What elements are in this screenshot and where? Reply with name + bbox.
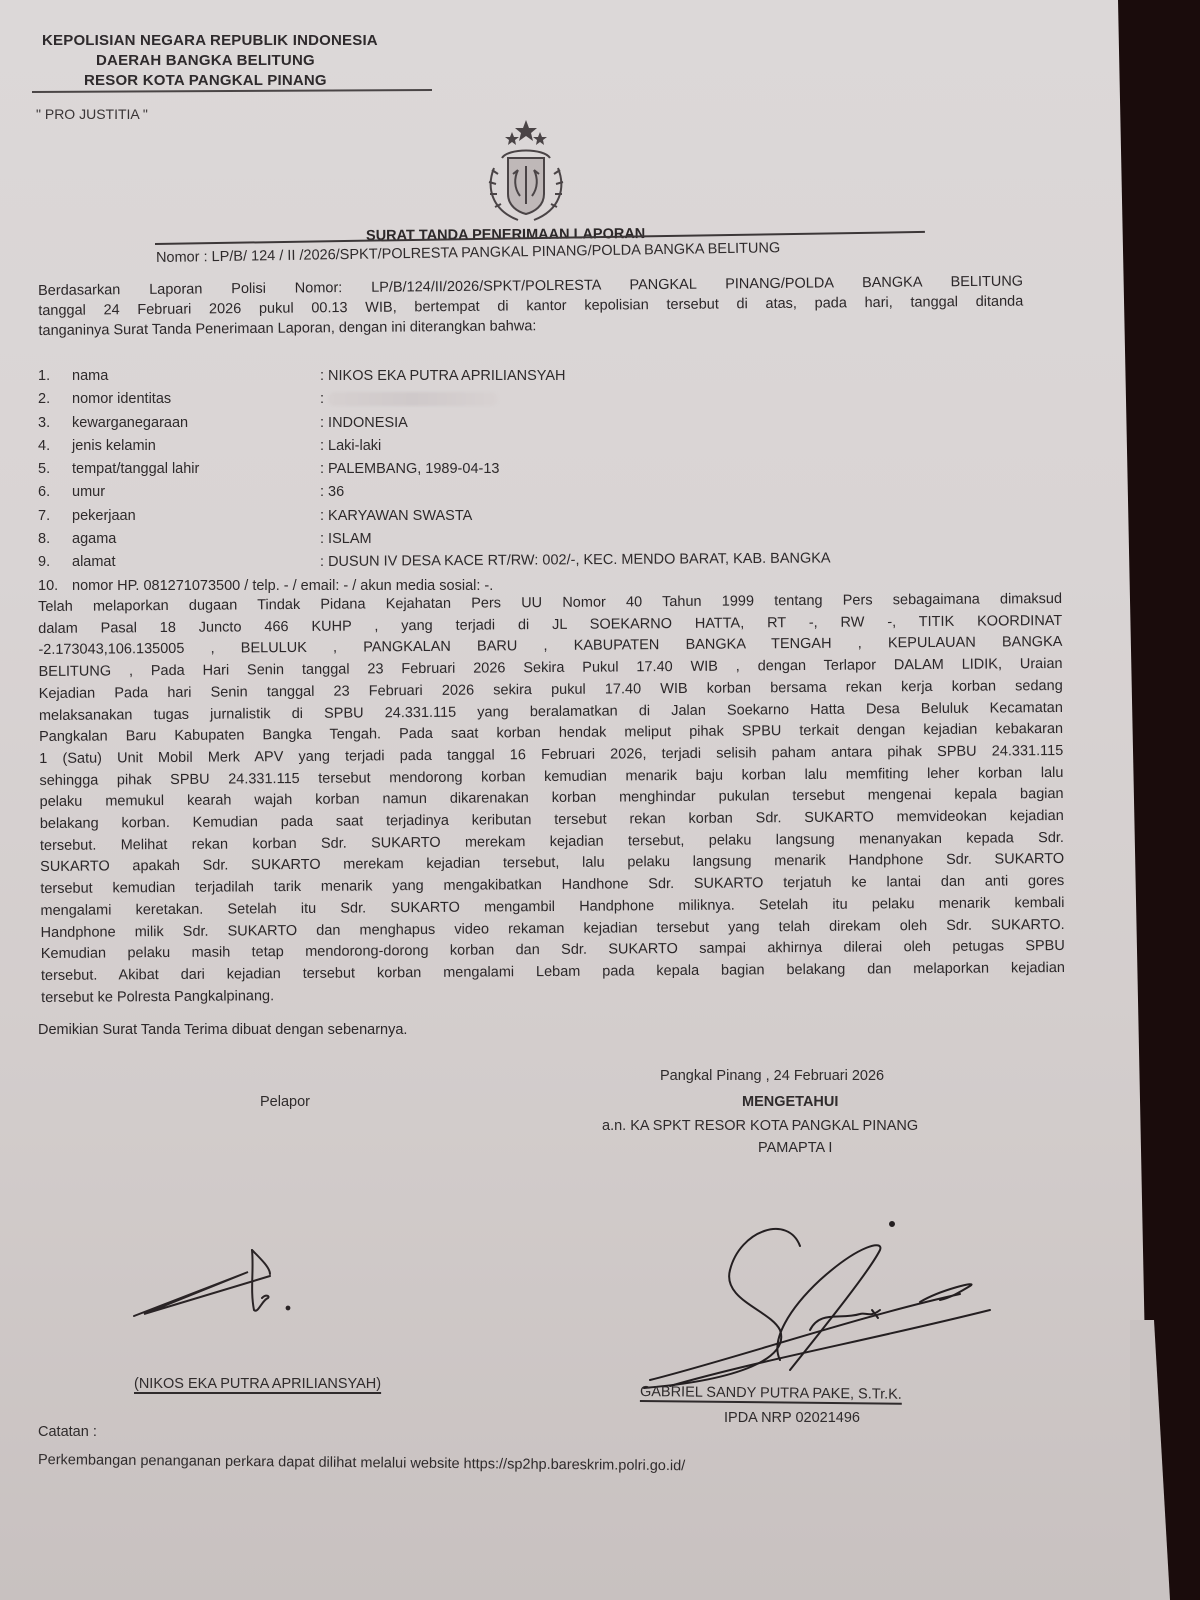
officer-name: GABRIEL SANDY PUTRA PAKE, S.Tr.K.	[640, 1384, 902, 1403]
field-label: nomor identitas	[72, 391, 171, 407]
header-institution: KEPOLISIAN NEGARA REPUBLIK INDONESIA	[42, 32, 378, 49]
reporter-signature-icon	[120, 1240, 310, 1330]
officer-rank-nrp: IPDA NRP 02021496	[724, 1410, 860, 1426]
paper-edge	[1130, 1320, 1170, 1600]
field-number: 6.	[38, 484, 66, 500]
officer-signature-icon	[610, 1210, 1010, 1390]
field-value: : DUSUN IV DESA KACE RT/RW: 002/-, KEC. …	[320, 551, 831, 571]
field-value: :	[320, 391, 498, 407]
field-number: 10.	[38, 578, 66, 594]
header-region: DAERAH BANGKA BELITUNG	[96, 52, 315, 69]
field-label: tempat/tanggal lahir	[72, 461, 199, 477]
field-value: : NIKOS EKA PUTRA APRILIANSYAH	[320, 368, 566, 384]
redacted-identity-number	[328, 392, 498, 406]
field-label: alamat	[72, 554, 116, 570]
field-row-tempat-tanggal-lahir: 5. tempat/tanggal lahir : PALEMBANG, 198…	[38, 461, 938, 484]
field-row-kewarganegaraan: 3. kewarganegaraan : INDONESIA	[38, 415, 938, 438]
field-label: nama	[72, 368, 108, 384]
field-number: 3.	[38, 415, 66, 431]
field-row-nomor-identitas: 2. nomor identitas :	[38, 391, 938, 414]
field-number: 9.	[38, 554, 66, 570]
field-colon: :	[320, 391, 324, 407]
intro-paragraph: Berdasarkan Laporan Polisi Nomor: LP/B/1…	[38, 272, 1024, 341]
field-row-alamat: 9. alamat : DUSUN IV DESA KACE RT/RW: 00…	[38, 554, 938, 577]
field-value: : Laki-laki	[320, 438, 381, 454]
officer-position: PAMAPTA I	[758, 1140, 832, 1156]
reporter-identity-list: 1. nama : NIKOS EKA PUTRA APRILIANSYAH 2…	[38, 368, 938, 601]
closing-statement: Demikian Surat Tanda Terima dibuat denga…	[38, 1020, 407, 1040]
field-value: : PALEMBANG, 1989-04-13	[320, 461, 499, 477]
field-label: kewarganegaraan	[72, 415, 188, 431]
header-resort: RESOR KOTA PANGKAL PINANG	[84, 72, 327, 89]
field-label: umur	[72, 484, 105, 500]
field-number: 5.	[38, 461, 66, 477]
reporter-name: (NIKOS EKA PUTRA APRILIANSYAH)	[134, 1376, 381, 1392]
acknowledge-label: MENGETAHUI	[742, 1094, 838, 1110]
field-label: agama	[72, 531, 116, 547]
field-number: 4.	[38, 438, 66, 454]
field-number: 1.	[38, 368, 66, 384]
place-date: Pangkal Pinang , 24 Februari 2026	[660, 1068, 884, 1084]
field-row-umur: 6. umur : 36	[38, 484, 938, 507]
field-label: jenis kelamin	[72, 438, 156, 454]
field-number: 7.	[38, 508, 66, 524]
field-number: 2.	[38, 391, 66, 407]
note-label: Catatan :	[38, 1424, 97, 1440]
field-row-nama: 1. nama : NIKOS EKA PUTRA APRILIANSYAH	[38, 368, 938, 391]
field-row-pekerjaan: 7. pekerjaan : KARYAWAN SWASTA	[38, 508, 938, 531]
police-emblem-icon	[478, 118, 574, 226]
field-value: : ISLAM	[320, 531, 372, 547]
reporter-label: Pelapor	[260, 1094, 310, 1110]
field-label: pekerjaan	[72, 508, 136, 524]
field-value: : INDONESIA	[320, 415, 408, 431]
field-row-jenis-kelamin: 4. jenis kelamin : Laki-laki	[38, 438, 938, 461]
pro-justitia: " PRO JUSTITIA "	[36, 106, 148, 122]
on-behalf-of: a.n. KA SPKT RESOR KOTA PANGKAL PINANG	[602, 1118, 918, 1134]
field-value: : 36	[320, 484, 344, 500]
field-value: : KARYAWAN SWASTA	[320, 508, 472, 524]
field-number: 8.	[38, 531, 66, 547]
report-narrative: Telah melaporkan dugaan Tindak Pidana Ke…	[38, 589, 1065, 1009]
field-label: nomor HP. 081271073500 / telp. - / email…	[72, 578, 493, 594]
